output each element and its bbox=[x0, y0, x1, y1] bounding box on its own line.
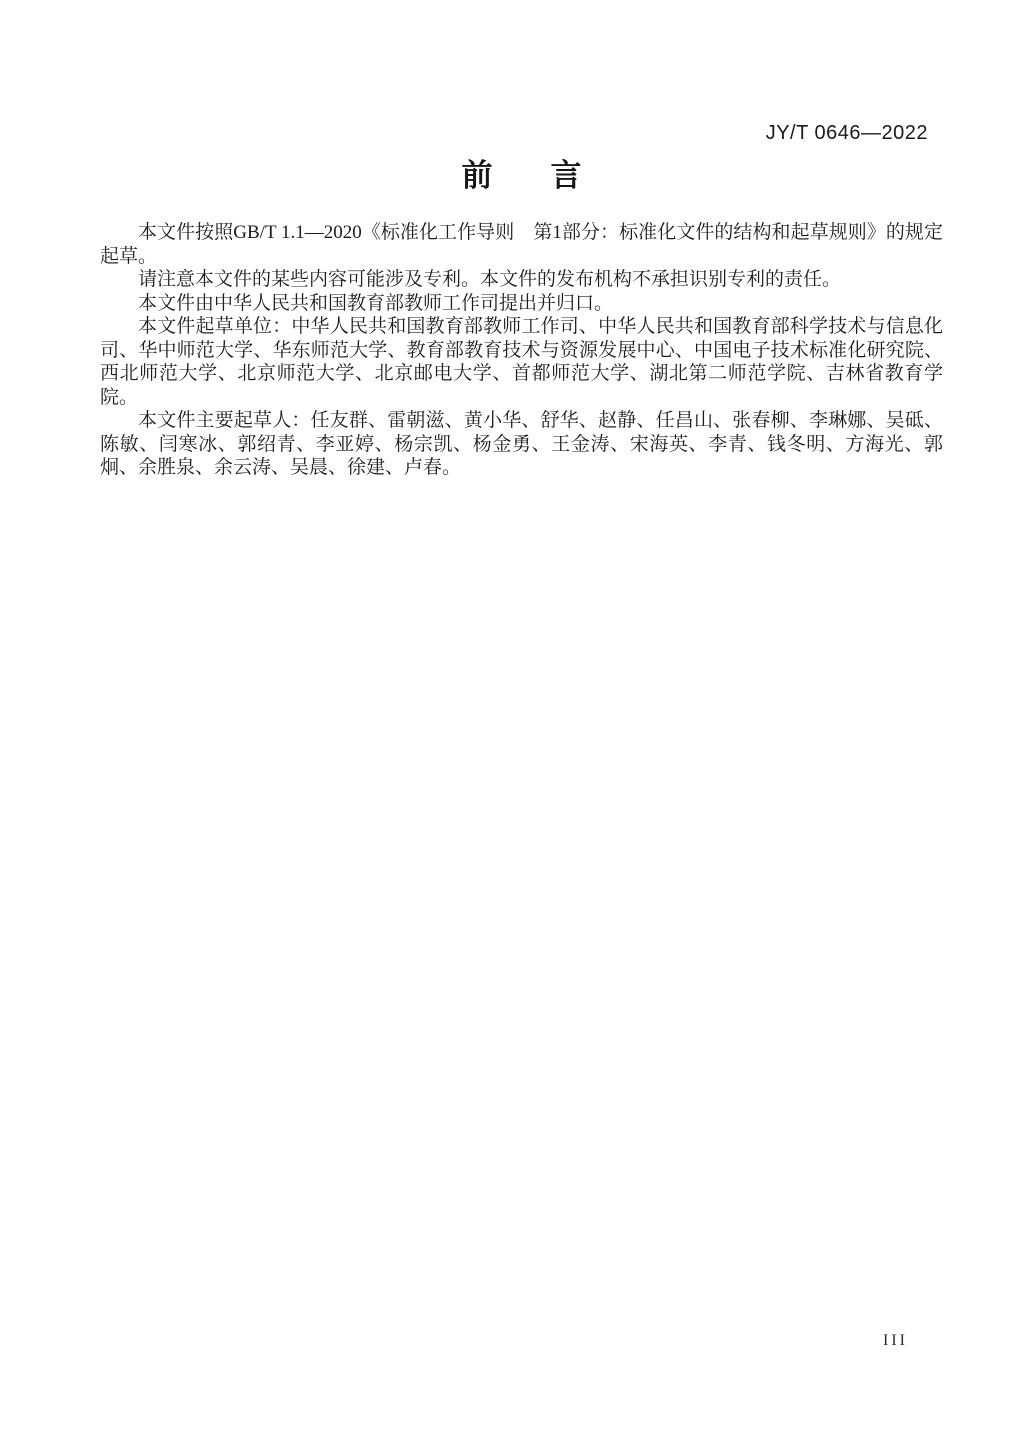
page-title-char-first: 前 bbox=[462, 158, 493, 193]
paragraph-patent-notice: 请注意本文件的某些内容可能涉及专利。本文件的发布机构不承担识别专利的责任。 bbox=[100, 268, 943, 292]
page-number: III bbox=[883, 1332, 908, 1350]
document-page: JY/T 0646—2022 前言 本文件按照GB/T 1.1—2020《标准化… bbox=[0, 0, 1024, 1448]
paragraph-proposing-body: 本文件由中华人民共和国教育部教师工作司提出并归口。 bbox=[100, 292, 943, 316]
paragraph-drafting-basis: 本文件按照GB/T 1.1—2020《标准化工作导则 第1部分：标准化文件的结构… bbox=[100, 221, 943, 268]
page-title: 前言 bbox=[100, 150, 943, 195]
standard-code: JY/T 0646—2022 bbox=[766, 122, 928, 145]
page-title-char-second: 言 bbox=[551, 158, 582, 193]
document-body: 本文件按照GB/T 1.1—2020《标准化工作导则 第1部分：标准化文件的结构… bbox=[100, 221, 943, 480]
paragraph-main-drafters: 本文件主要起草人：任友群、雷朝滋、黄小华、舒华、赵静、任昌山、张春柳、李琳娜、吴… bbox=[100, 409, 943, 480]
paragraph-drafting-organizations: 本文件起草单位：中华人民共和国教育部教师工作司、中华人民共和国教育部科学技术与信… bbox=[100, 315, 943, 409]
